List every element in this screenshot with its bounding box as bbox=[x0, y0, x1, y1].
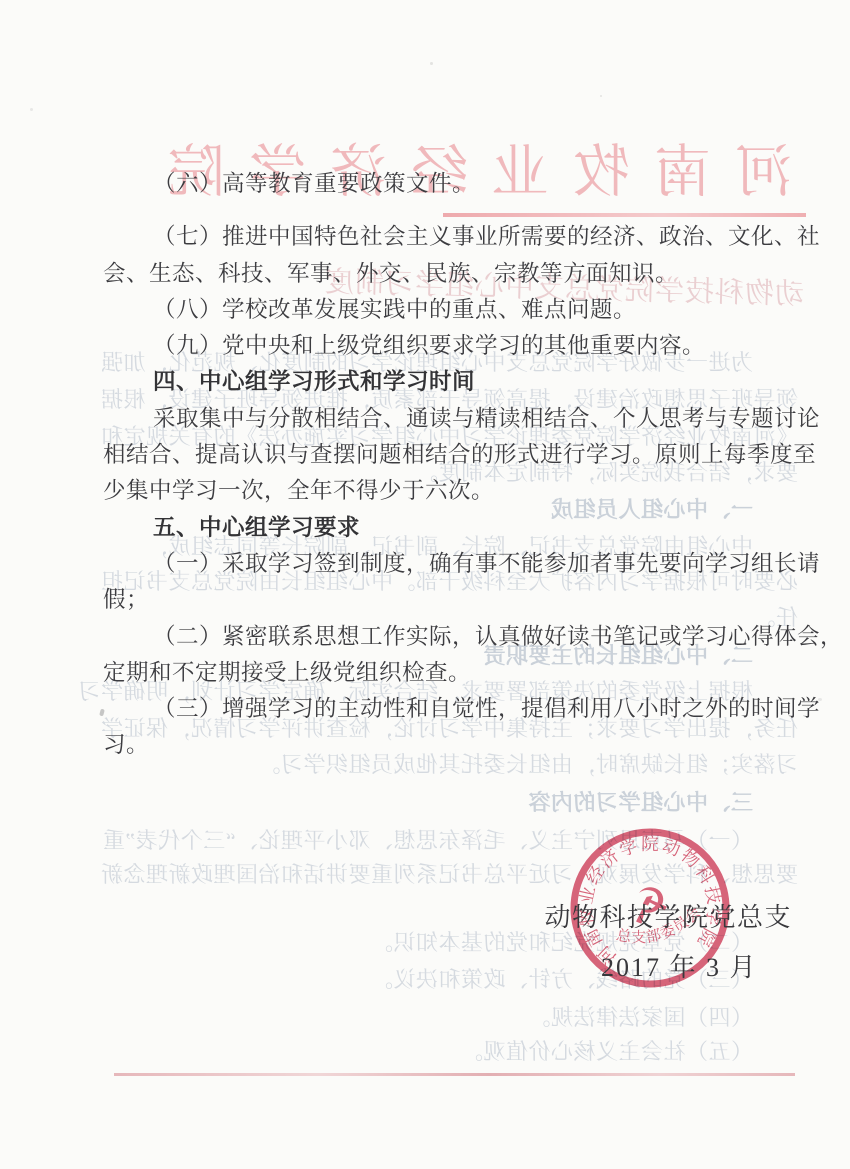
body-line: 习。 bbox=[103, 727, 803, 763]
body-line: （二）紧密联系思想工作实际，认真做好读书笔记或学习心得体会， bbox=[103, 619, 803, 655]
section-heading: 四、中心组学习形式和学习时间 bbox=[103, 364, 803, 400]
bleedthrough-heading: 三、中心组学习的内容 bbox=[0, 788, 850, 818]
body-line: 相结合、提高认识与查摆问题相结合的形式进行学习。原则上每季度至 bbox=[103, 437, 803, 473]
body-line: （九）党中央和上级党组织要求学习的其他重要内容。 bbox=[103, 328, 803, 364]
scan-artifact bbox=[430, 62, 433, 65]
body-line: 采取集中与分散相结合、通读与精读相结合、个人思考与专题讨论 bbox=[103, 401, 803, 437]
bleedthrough-line: （四）国家法律法规。 bbox=[0, 1003, 850, 1033]
body-line: 会、生态、科技、军事、外交、民族、宗教等方面知识。 bbox=[103, 256, 803, 292]
signature-date: 2017 年 3 月 bbox=[601, 947, 758, 984]
scan-artifact bbox=[30, 108, 33, 111]
body-line: 假； bbox=[103, 582, 803, 618]
bleedthrough-line: （五）社会主义核心价值观。 bbox=[0, 1037, 850, 1067]
body-line: 少集中学习一次，全年不得少于六次。 bbox=[103, 473, 803, 509]
body-line: （八）学校改革发展实践中的重点、难点问题。 bbox=[103, 292, 803, 328]
bleedthrough-bottom-rule bbox=[114, 1073, 795, 1076]
body-line: （一）采取学习签到制度，确有事不能参加者事先要向学习组长请 bbox=[103, 546, 803, 582]
scan-artifact bbox=[600, 95, 602, 97]
body-line: （七）推进中国特色社会主义事业所需要的经济、政治、文化、社 bbox=[103, 219, 803, 255]
section-heading: 五、中心组学习要求 bbox=[103, 510, 803, 546]
body-line: （三）增强学习的主动性和自觉性，提倡利用八小时之外的时间学 bbox=[103, 691, 803, 727]
scanned-document-page: 河南牧业经济学院 动物科技学院党总支中心组学习制度 为进一步做好学院党总支中心组… bbox=[0, 0, 850, 1169]
body-line: 定期和不定期接受上级党组织检查。 bbox=[103, 655, 803, 691]
signature-org: 动物科技学院党总支 bbox=[544, 897, 792, 934]
document-body: （六）高等教育重要政策文件。 （七）推进中国特色社会主义事业所需要的经济、政治、… bbox=[103, 166, 803, 764]
body-line: （六）高等教育重要政策文件。 bbox=[103, 166, 803, 202]
